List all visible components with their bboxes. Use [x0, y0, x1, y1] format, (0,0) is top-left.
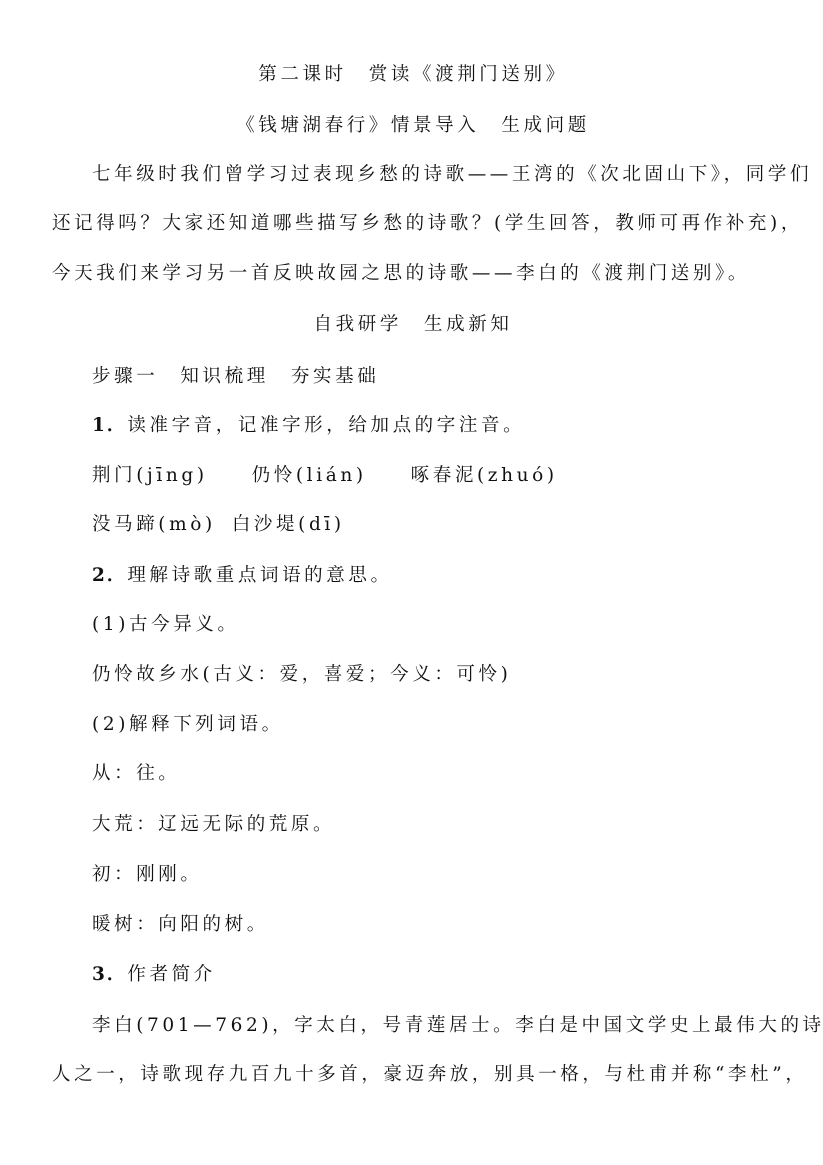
sub-item-1-entry: 仍怜故乡水(古义：爱，喜爱；今义：可怜) [92, 663, 774, 687]
pronunciation-entry: 仍怜(lián) [252, 465, 367, 486]
pronunciation-entry: 白沙堤(dī) [232, 514, 345, 535]
author-paragraph-line-2: 人之一，诗歌现存九百九十多首，豪迈奔放，别具一格，与杜甫并称“李杜”， [52, 1063, 774, 1087]
pronunciation-entry: 啄春泥(zhuó) [411, 465, 558, 486]
definition-item: 从：往。 [92, 762, 774, 786]
pronunciation-row-2: 没马蹄(mò)白沙堤(dī) [92, 513, 774, 537]
item-2-number: 2． [92, 565, 127, 586]
definition-item: 大荒：辽远无际的荒原。 [92, 813, 774, 837]
author-paragraph-line-1: 李白(701—762)，字太白，号青莲居士。李白是中国文学史上最伟大的诗 [52, 1014, 774, 1038]
intro-paragraph-line-3: 今天我们来学习另一首反映故园之思的诗歌——李白的《渡荆门送别》。 [52, 262, 774, 286]
item-3-text: 作者简介 [127, 964, 215, 985]
item-3-number: 3． [92, 964, 127, 985]
sub-item-2-label: (2)解释下列词语。 [92, 713, 774, 737]
item-3: 3．作者简介 [92, 963, 774, 987]
step-one-heading: 步骤一 知识梳理 夯实基础 [92, 365, 774, 389]
pronunciation-entry: 荆门(jīng) [92, 465, 208, 486]
sub-item-1-label: (1)古今异义。 [92, 613, 774, 637]
intro-paragraph-line-1: 七年级时我们曾学习过表现乡愁的诗歌——王湾的《次北固山下》，同学们 [52, 163, 774, 187]
definition-item: 初：刚刚。 [92, 863, 774, 887]
item-2-text: 理解诗歌重点词语的意思。 [127, 565, 392, 586]
definition-item: 暖树：向阳的树。 [92, 913, 774, 937]
lesson-title: 第二课时 赏读《渡荆门送别》 [52, 63, 774, 87]
pronunciation-entry: 没马蹄(mò) [92, 514, 216, 535]
section-heading-intro: 《钱塘湖春行》情景导入 生成问题 [52, 114, 774, 138]
item-2: 2．理解诗歌重点词语的意思。 [92, 564, 774, 588]
intro-paragraph-line-2: 还记得吗？大家还知道哪些描写乡愁的诗歌？(学生回答，教师可再作补充)， [52, 212, 774, 236]
section-heading-self-study: 自我研学 生成新知 [52, 313, 774, 337]
item-1-text: 读准字音，记准字形，给加点的字注音。 [127, 415, 525, 436]
item-1-number: 1． [92, 415, 127, 436]
item-1: 1．读准字音，记准字形，给加点的字注音。 [92, 414, 774, 438]
pronunciation-row-1: 荆门(jīng)仍怜(lián)啄春泥(zhuó) [92, 464, 774, 488]
